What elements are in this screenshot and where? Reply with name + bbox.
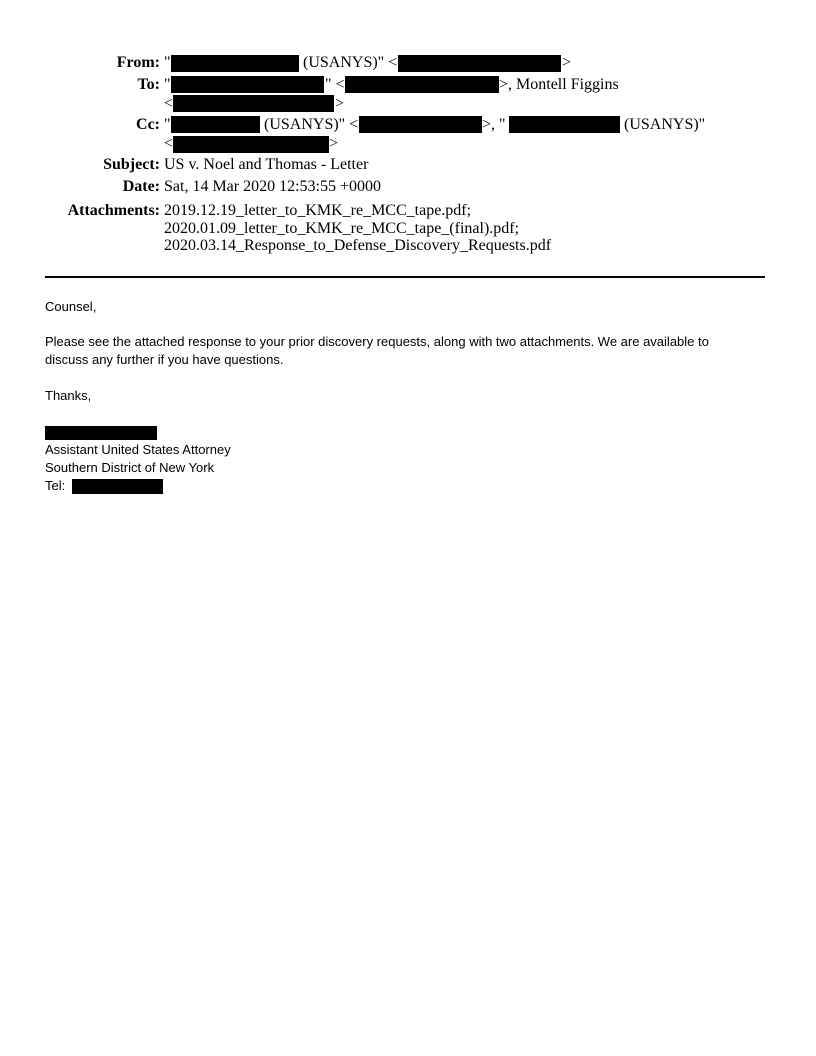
- redaction-from-name: [171, 55, 299, 72]
- signature-tel-label: Tel:: [45, 477, 65, 495]
- to-label: To:: [20, 75, 160, 95]
- redaction-cc-name-1: [171, 116, 260, 133]
- redaction-from-email: [398, 55, 561, 72]
- redaction-cc-name-2: [509, 116, 620, 133]
- redaction-to-name: [171, 76, 324, 93]
- redaction-telephone: [72, 479, 163, 494]
- from-label: From:: [20, 53, 160, 73]
- subject-label: Subject:: [20, 155, 160, 175]
- header-divider: [45, 276, 765, 278]
- attachment-item[interactable]: 2019.12.19_letter_to_KMK_re_MCC_tape.pdf…: [164, 201, 471, 221]
- closing: Thanks,: [45, 387, 91, 405]
- message-line-1: Please see the attached response to your…: [45, 333, 709, 351]
- redaction-cc-email-2: [173, 136, 329, 153]
- message-line-2: discuss any further if you have question…: [45, 351, 283, 369]
- greeting: Counsel,: [45, 298, 96, 316]
- cc-label: Cc:: [20, 115, 160, 135]
- attachment-item[interactable]: 2020.03.14_Response_to_Defense_Discovery…: [164, 236, 551, 256]
- date-value: Sat, 14 Mar 2020 12:53:55 +0000: [164, 177, 381, 197]
- signature-office: Southern District of New York: [45, 459, 214, 477]
- redaction-to-email: [345, 76, 499, 93]
- attachments-label: Attachments:: [20, 201, 160, 221]
- date-label: Date:: [20, 177, 160, 197]
- redaction-signature-name: [45, 426, 157, 440]
- subject-value: US v. Noel and Thomas - Letter: [164, 155, 368, 175]
- redaction-cc-email-1: [359, 116, 482, 133]
- signature-title: Assistant United States Attorney: [45, 441, 231, 459]
- redaction-to-email-2: [173, 95, 334, 112]
